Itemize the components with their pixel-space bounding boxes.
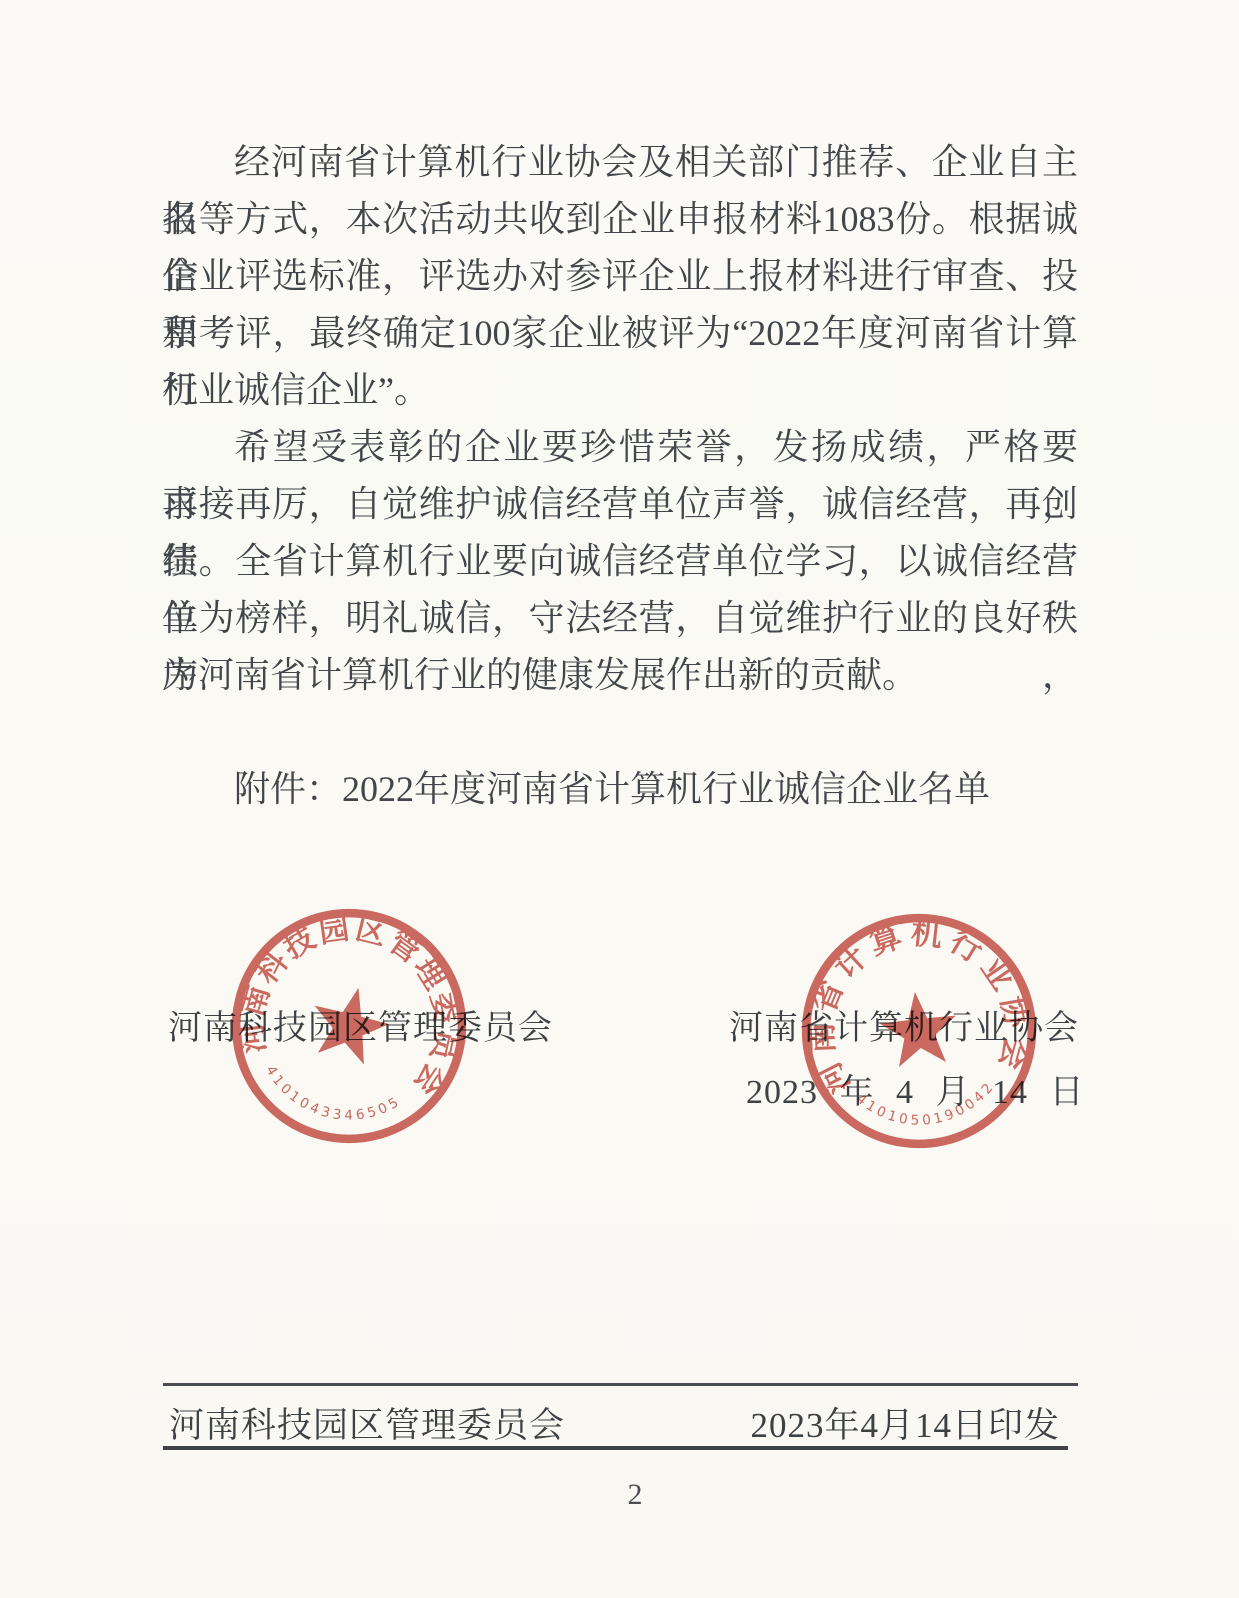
paragraph2-line: 位为榜样，明礼诚信，守法经营，自觉维护行业的良好秩序， [162,590,1078,647]
footer-rule-top [163,1383,1078,1386]
footer-row: 河南科技园区管理委员会 2023年4月14日印发 [163,1398,1078,1448]
paragraph1-line: 行业诚信企业”。 [162,362,1078,419]
paragraph1-line: 和考评，最终确定100家企业被评为“2022年度河南省计算机 [162,305,1078,362]
footer-print-date: 2023年4月14日印发 [750,1398,1078,1448]
paragraph1-line: 经河南省计算机行业协会及相关部门推荐、企业自主报 [162,134,1078,191]
document-page: 经河南省计算机行业协会及相关部门推荐、企业自主报 名等方式，本次活动共收到企业申… [0,0,1239,1598]
document-body: 经河南省计算机行业协会及相关部门推荐、企业自主报 名等方式，本次活动共收到企业申… [162,134,1078,818]
footer-rule-bottom [163,1446,1068,1450]
signature-date: 2023 年 4 月 14 日 [746,1064,1085,1113]
signature-left-org: 河南科技园区管理委员会 [168,1000,553,1049]
page-number: 2 [585,1478,685,1512]
signature-right-org: 河南省计算机行业协会 [729,1000,1079,1049]
attachment-line: 附件：2022年度河南省计算机行业诚信企业名单 [162,761,1078,818]
svg-text:4101043346505: 4101043346505 [254,1060,407,1138]
paragraph2-line: 再接再厉，自觉维护诚信经营单位声誉，诚信经营，再创佳 [162,476,1078,533]
footer-issuer: 河南科技园区管理委员会 [163,1398,565,1448]
seal-left-code: 4101043346505 [254,1060,407,1138]
paragraph1-line: 企业评选标准，评选办对参评企业上报材料进行审查、投票 [162,248,1078,305]
paragraph2-line: 希望受表彰的企业要珍惜荣誉，发扬成绩，严格要求， [162,419,1078,476]
paragraph1-line: 名等方式，本次活动共收到企业申报材料1083份。根据诚信 [162,191,1078,248]
paragraph2-line: 绩。全省计算机行业要向诚信经营单位学习，以诚信经营单 [162,533,1078,590]
